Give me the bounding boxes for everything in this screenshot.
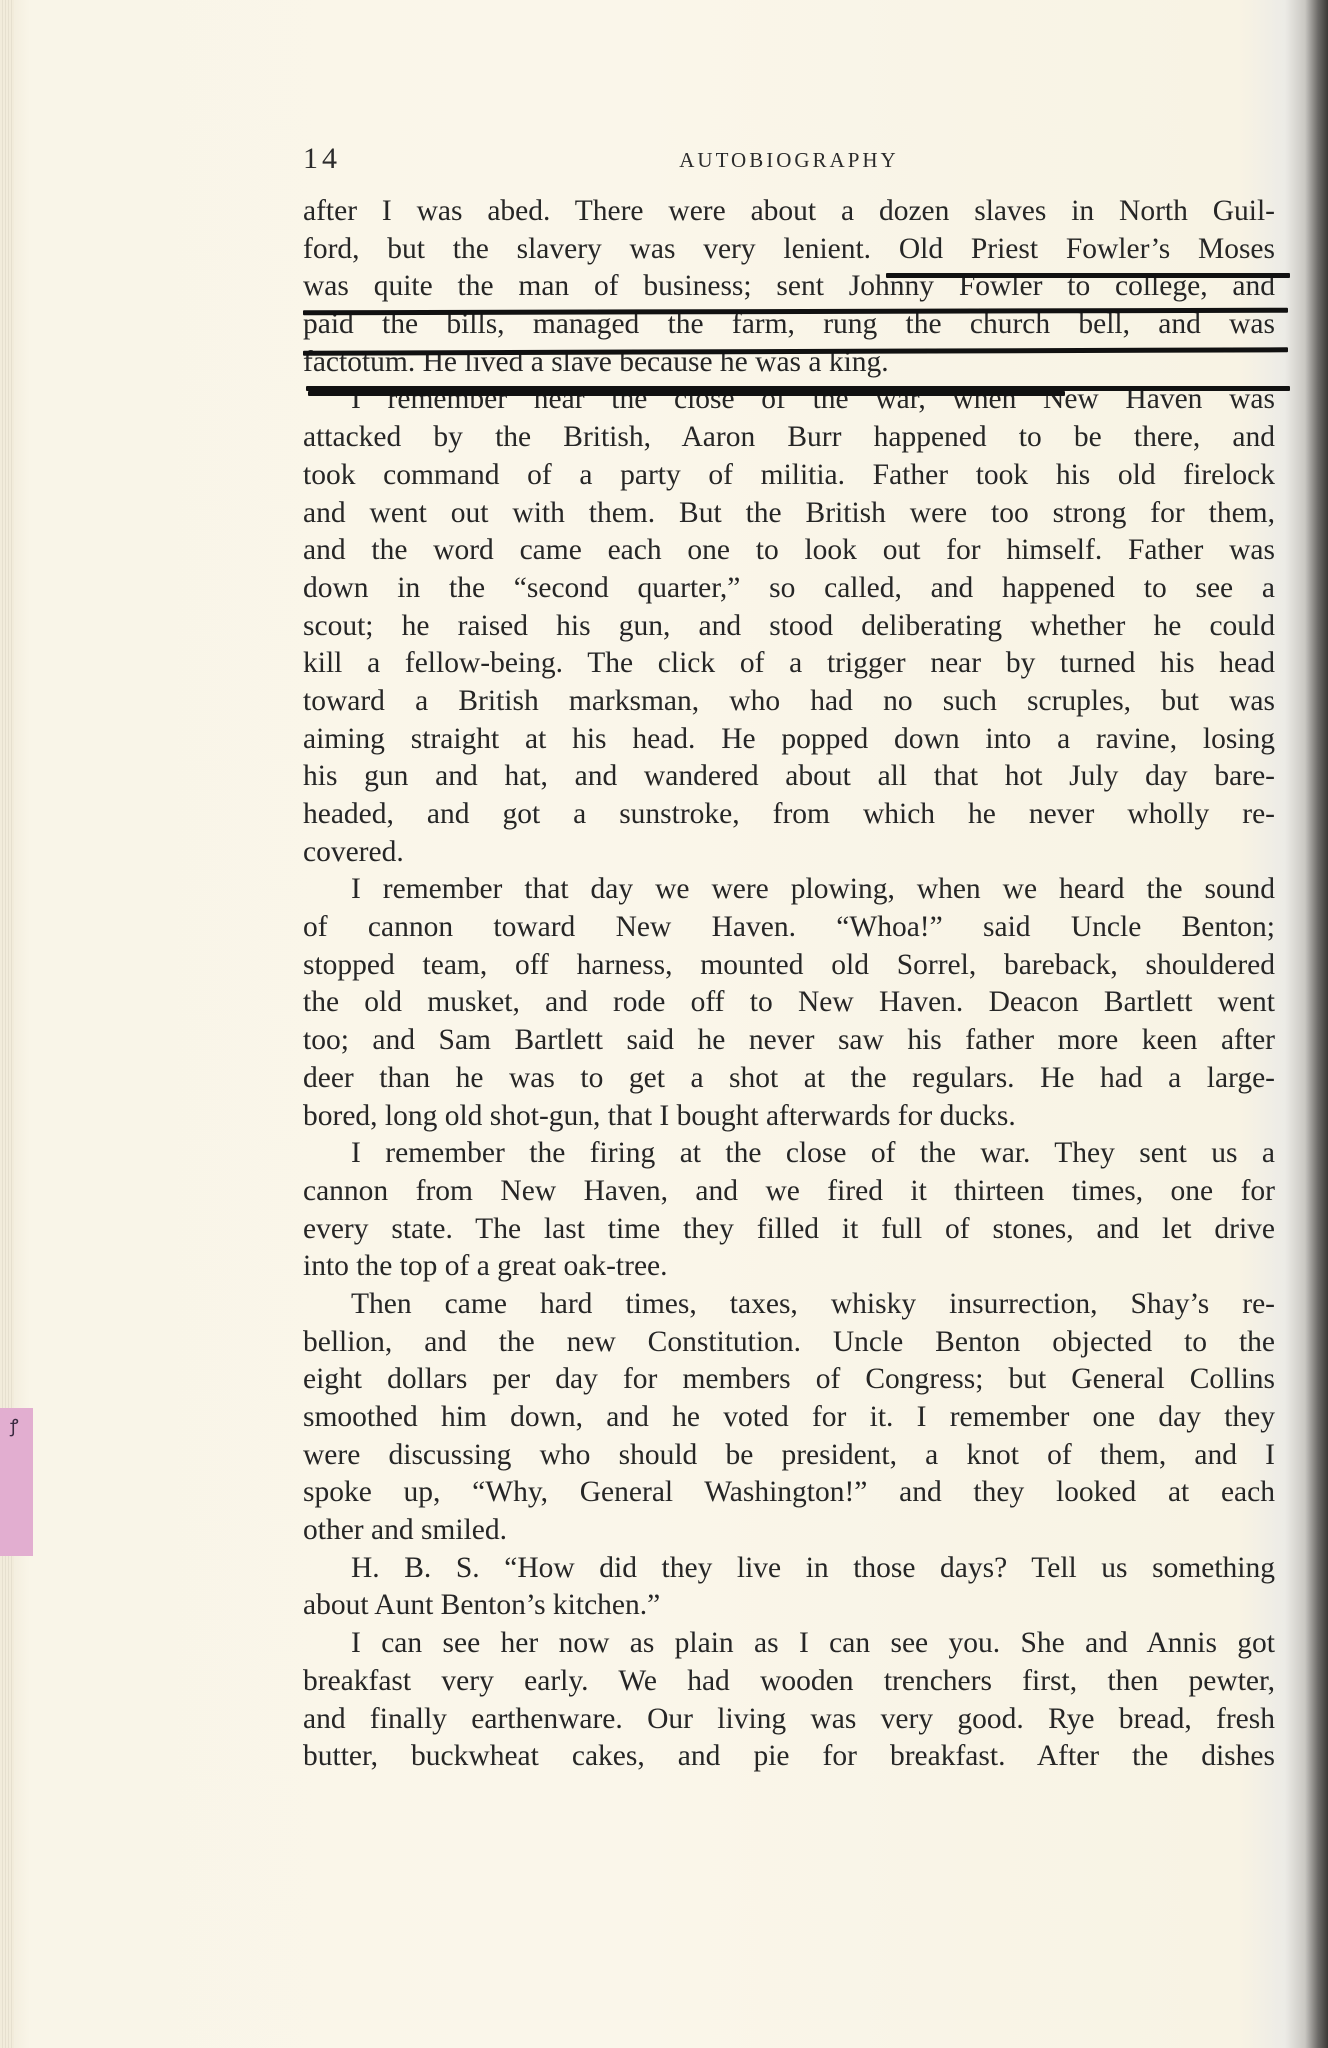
text-line: and the word came each one to look out f…	[303, 532, 1275, 570]
text-line: of cannon toward New Haven. “Whoa!” said…	[303, 909, 1275, 947]
text-line: and went out with them. But the British …	[303, 495, 1275, 533]
text-line: breakfast very early. We had wooden tren…	[303, 1663, 1275, 1701]
underline-mark	[308, 391, 1065, 396]
text-line: every state. The last time they filled i…	[303, 1211, 1275, 1249]
page-header: 14 AUTOBIOGRAPHY	[303, 142, 1275, 182]
text-line: attacked by the British, Aaron Burr happ…	[303, 419, 1275, 457]
text-line: were discussing who should be president,…	[303, 1437, 1275, 1475]
text-line: covered.	[303, 834, 1275, 872]
text-line: toward a British marksman, who had no su…	[303, 683, 1275, 721]
text-line: H. B. S. “How did they live in those day…	[303, 1550, 1275, 1588]
text-line: butter, buckwheat cakes, and pie for bre…	[303, 1738, 1275, 1776]
body-text: after I was abed. There were about a doz…	[303, 193, 1275, 1776]
text-line: down in the “second quarter,” so called,…	[303, 570, 1275, 608]
text-line: aiming straight at his head. He popped d…	[303, 721, 1275, 759]
pink-sticky-note: ꝭ	[0, 1408, 33, 1556]
underline-mark	[886, 273, 1290, 278]
text-line: kill a fellow-being. The click of a trig…	[303, 645, 1275, 683]
running-head: AUTOBIOGRAPHY	[303, 148, 1275, 173]
text-line: smoothed him down, and he voted for it. …	[303, 1399, 1275, 1437]
text-line: cannon from New Haven, and we fired it t…	[303, 1173, 1275, 1211]
text-line: scout; he raised his gun, and stood deli…	[303, 608, 1275, 646]
text-line: I remember that day we were plowing, whe…	[303, 871, 1275, 909]
text-line: after I was abed. There were about a doz…	[303, 193, 1275, 231]
text-line: other and smiled.	[303, 1512, 1275, 1550]
text-line: ford, but the slavery was very lenient. …	[303, 231, 1275, 269]
text-line: headed, and got a sunstroke, from which …	[303, 796, 1275, 834]
book-page: ꝭ 14 AUTOBIOGRAPHY after I was abed. The…	[0, 0, 1328, 2048]
text-line: about Aunt Benton’s kitchen.”	[303, 1587, 1275, 1625]
page-edge-stack	[0, 0, 14, 2048]
text-line: deer than he was to get a shot at the re…	[303, 1060, 1275, 1098]
text-line: I remember the firing at the close of th…	[303, 1135, 1275, 1173]
text-line: bored, long old shot-gun, that I bought …	[303, 1098, 1275, 1136]
sticky-note-handwriting: ꝭ	[10, 1414, 32, 1438]
text-line: his gun and hat, and wandered about all …	[303, 758, 1275, 796]
text-line: stopped team, off harness, mounted old S…	[303, 947, 1275, 985]
text-line: I can see her now as plain as I can see …	[303, 1625, 1275, 1663]
text-line: took command of a party of militia. Fath…	[303, 457, 1275, 495]
text-line: too; and Sam Bartlett said he never saw …	[303, 1022, 1275, 1060]
text-line: eight dollars per day for members of Con…	[303, 1361, 1275, 1399]
text-line: bellion, and the new Constitution. Uncle…	[303, 1324, 1275, 1362]
text-line: and finally earthenware. Our living was …	[303, 1701, 1275, 1739]
text-line: the old musket, and rode off to New Have…	[303, 984, 1275, 1022]
text-line: spoke up, “Why, General Washington!” and…	[303, 1474, 1275, 1512]
text-line: into the top of a great oak-tree.	[303, 1248, 1275, 1286]
text-line: Then came hard times, taxes, whisky insu…	[303, 1286, 1275, 1324]
